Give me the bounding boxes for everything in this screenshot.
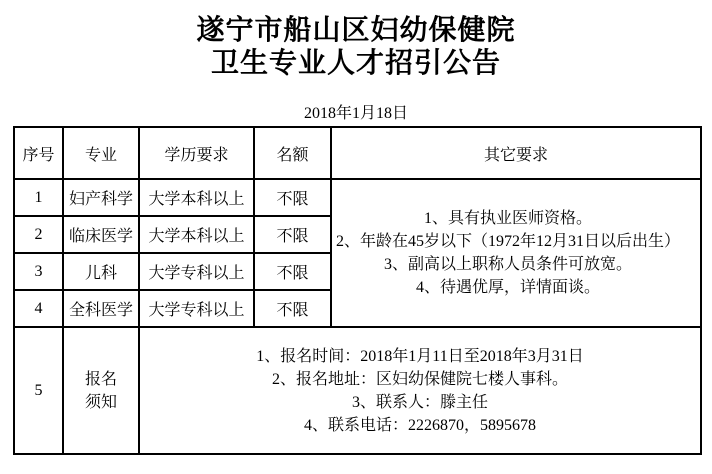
cell-education: 大学专科以上 [139, 253, 254, 290]
cell-education: 大学专科以上 [139, 290, 254, 327]
title-line1: 遂宁市船山区妇幼保健院 [0, 14, 712, 47]
cell-education: 大学本科以上 [139, 216, 254, 253]
cell-education: 大学本科以上 [139, 179, 254, 216]
date-line: 2018年1月18日 [0, 104, 712, 123]
notes-content-cell: 1、报名时间：2018年1月11日至2018年3月31日 2、报名地址：区妇幼保… [139, 327, 701, 454]
notes-item: 4、联系电话：2226870，5895678 [140, 414, 700, 437]
table-row-notes: 5 报名 须知 1、报名时间：2018年1月11日至2018年3月31日 2、报… [14, 327, 701, 454]
cell-quota: 不限 [254, 179, 331, 216]
notes-list: 1、报名时间：2018年1月11日至2018年3月31日 2、报名地址：区妇幼保… [140, 345, 700, 437]
table-row: 1 妇产科学 大学本科以上 不限 1、具有执业医师资格。 2、年龄在45岁以下（… [14, 179, 701, 216]
notes-label-cell: 报名 须知 [63, 327, 139, 454]
other-requirements-list: 1、具有执业医师资格。 2、年龄在45岁以下（1972年12月31日以后出生） … [332, 207, 684, 299]
requirement-item: 2、年龄在45岁以下（1972年12月31日以后出生） [332, 230, 684, 253]
cell-no: 3 [14, 253, 63, 290]
title-line2: 卫生专业人才招引公告 [0, 47, 712, 80]
cell-no: 4 [14, 290, 63, 327]
cell-major: 全科医学 [63, 290, 139, 327]
cell-no: 5 [14, 327, 63, 454]
cell-major: 儿科 [63, 253, 139, 290]
notes-label-line2: 须知 [64, 391, 138, 414]
cell-quota: 不限 [254, 216, 331, 253]
notes-label-line1: 报名 [64, 368, 138, 391]
col-header-education: 学历要求 [139, 127, 254, 179]
notes-item: 3、联系人：滕主任 [140, 391, 700, 414]
col-header-other-requirements: 其它要求 [331, 127, 701, 179]
notes-item: 1、报名时间：2018年1月11日至2018年3月31日 [140, 345, 700, 368]
recruitment-table: 序号 专业 学历要求 名额 其它要求 1 妇产科学 大学本科以上 不限 1、具有… [13, 126, 702, 455]
col-header-major: 专业 [63, 127, 139, 179]
notes-item: 2、报名地址：区妇幼保健院七楼人事科。 [140, 368, 700, 391]
cell-no: 1 [14, 179, 63, 216]
requirement-item: 3、副高以上职称人员条件可放宽。 [332, 253, 684, 276]
col-header-no: 序号 [14, 127, 63, 179]
cell-major: 妇产科学 [63, 179, 139, 216]
announcement-document: 遂宁市船山区妇幼保健院 卫生专业人才招引公告 2018年1月18日 序号 专业 … [0, 0, 712, 474]
page-title: 遂宁市船山区妇幼保健院 卫生专业人才招引公告 [0, 0, 712, 80]
table-header-row: 序号 专业 学历要求 名额 其它要求 [14, 127, 701, 179]
cell-no: 2 [14, 216, 63, 253]
cell-major: 临床医学 [63, 216, 139, 253]
cell-quota: 不限 [254, 253, 331, 290]
cell-quota: 不限 [254, 290, 331, 327]
other-requirements-cell: 1、具有执业医师资格。 2、年龄在45岁以下（1972年12月31日以后出生） … [331, 179, 701, 327]
requirement-item: 4、待遇优厚，详情面谈。 [332, 276, 684, 299]
requirement-item: 1、具有执业医师资格。 [332, 207, 684, 230]
col-header-quota: 名额 [254, 127, 331, 179]
